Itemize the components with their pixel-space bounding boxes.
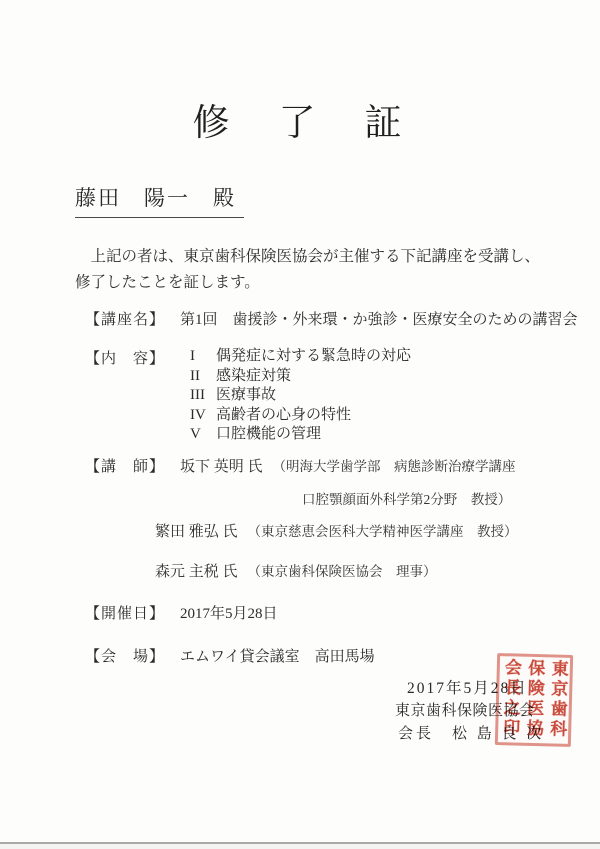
lecturer-2-affiliation: （東京慈恵会医科大学精神医学講座 教授）: [248, 520, 518, 540]
venue-row: 【会 場】 エムワイ貸会議室 高田馬場: [85, 645, 375, 666]
lecturer-2: 繁田 雅弘 氏 （東京慈恵会医科大学精神医学講座 教授）: [155, 520, 518, 541]
contents-list: I 偶発症に対する緊急時の対応 II 感染症対策 III 医療事故 IV 高齢者…: [188, 347, 411, 445]
body-line-1: 上記の者は、東京歯科保険医協会が主催する下記講座を受講し、: [75, 244, 550, 270]
certificate-page: 修 了 証 藤田 陽一 殿 上記の者は、東京歯科保険医協会が主催する下記講座を受…: [0, 0, 600, 849]
lecturers-label: 【講 師】: [85, 455, 165, 476]
contents-label: 【内 容】: [85, 347, 165, 368]
content-item: IV 高齢者の心身の特性: [188, 406, 411, 426]
content-item-text: 感染症対策: [216, 367, 291, 387]
content-item: I 偶発症に対する緊急時の対応: [188, 347, 411, 367]
seal-column-3: 会長之印: [501, 658, 520, 740]
seal-column-1: 東京歯科: [548, 659, 567, 741]
contents-row: 【内 容】 I 偶発症に対する緊急時の対応 II 感染症対策 III 医療事故 …: [85, 347, 411, 445]
course-row: 【講座名】 第1回 歯援診・外来環・か強診・医療安全のための講習会: [85, 308, 578, 329]
lecturer-1-name: 坂下 英明 氏: [180, 455, 263, 476]
event-date-value: 2017年5月28日: [180, 602, 278, 623]
scan-background-below-edge: [0, 844, 600, 849]
lecturers-row: 【講 師】 坂下 英明 氏 （明海大学歯学部 病態診断治療学講座 口腔顎顔面外科…: [85, 455, 516, 508]
official-red-seal: 東京歯科 保険医協 会長之印: [495, 653, 573, 747]
event-date-row: 【開催日】 2017年5月28日: [85, 602, 278, 623]
venue-label: 【会 場】: [85, 645, 165, 666]
recipient-name: 藤田 陽一 殿: [75, 182, 244, 218]
lecturer-1-affiliation-line2: 口腔顎顔面外科学第2分野 教授）: [302, 488, 516, 508]
content-item-num: III: [188, 386, 216, 406]
lecturer-2-name: 繁田 雅弘 氏: [155, 520, 238, 541]
content-item: V 口腔機能の管理: [188, 425, 411, 445]
lecturer-3-affiliation: （東京歯科保険医協会 理事）: [248, 560, 437, 580]
content-item-text: 医療事故: [216, 386, 276, 406]
course-value: 第1回 歯援診・外来環・か強診・医療安全のための講習会: [180, 308, 578, 329]
event-date-label: 【開催日】: [85, 602, 165, 623]
certificate-title: 修 了 証: [0, 92, 600, 146]
content-item: III 医療事故: [188, 386, 411, 406]
seal-column-2: 保険医協: [524, 659, 543, 741]
content-item-num: II: [188, 367, 216, 387]
course-label: 【講座名】: [85, 308, 165, 329]
venue-value: エムワイ貸会議室 高田馬場: [180, 645, 375, 666]
content-item-text: 口腔機能の管理: [216, 425, 321, 445]
content-item-text: 高齢者の心身の特性: [216, 406, 351, 426]
content-item-num: I: [188, 347, 216, 367]
lecturer-3-name: 森元 主税 氏: [155, 560, 238, 581]
content-item-num: V: [188, 425, 216, 445]
lecturer-1-affiliation-line1: （明海大学歯学部 病態診断治療学講座: [273, 455, 516, 475]
lecturer-1: 坂下 英明 氏 （明海大学歯学部 病態診断治療学講座 口腔顎顔面外科学第2分野 …: [180, 455, 516, 508]
certificate-body: 上記の者は、東京歯科保険医協会が主催する下記講座を受講し、 修了したことを証しま…: [75, 244, 550, 296]
lecturer-3: 森元 主税 氏 （東京歯科保険医協会 理事）: [155, 560, 437, 581]
content-item: II 感染症対策: [188, 367, 411, 387]
body-line-2: 修了したことを証します。: [75, 270, 550, 296]
content-item-num: IV: [188, 406, 216, 426]
content-item-text: 偶発症に対する緊急時の対応: [216, 347, 411, 367]
